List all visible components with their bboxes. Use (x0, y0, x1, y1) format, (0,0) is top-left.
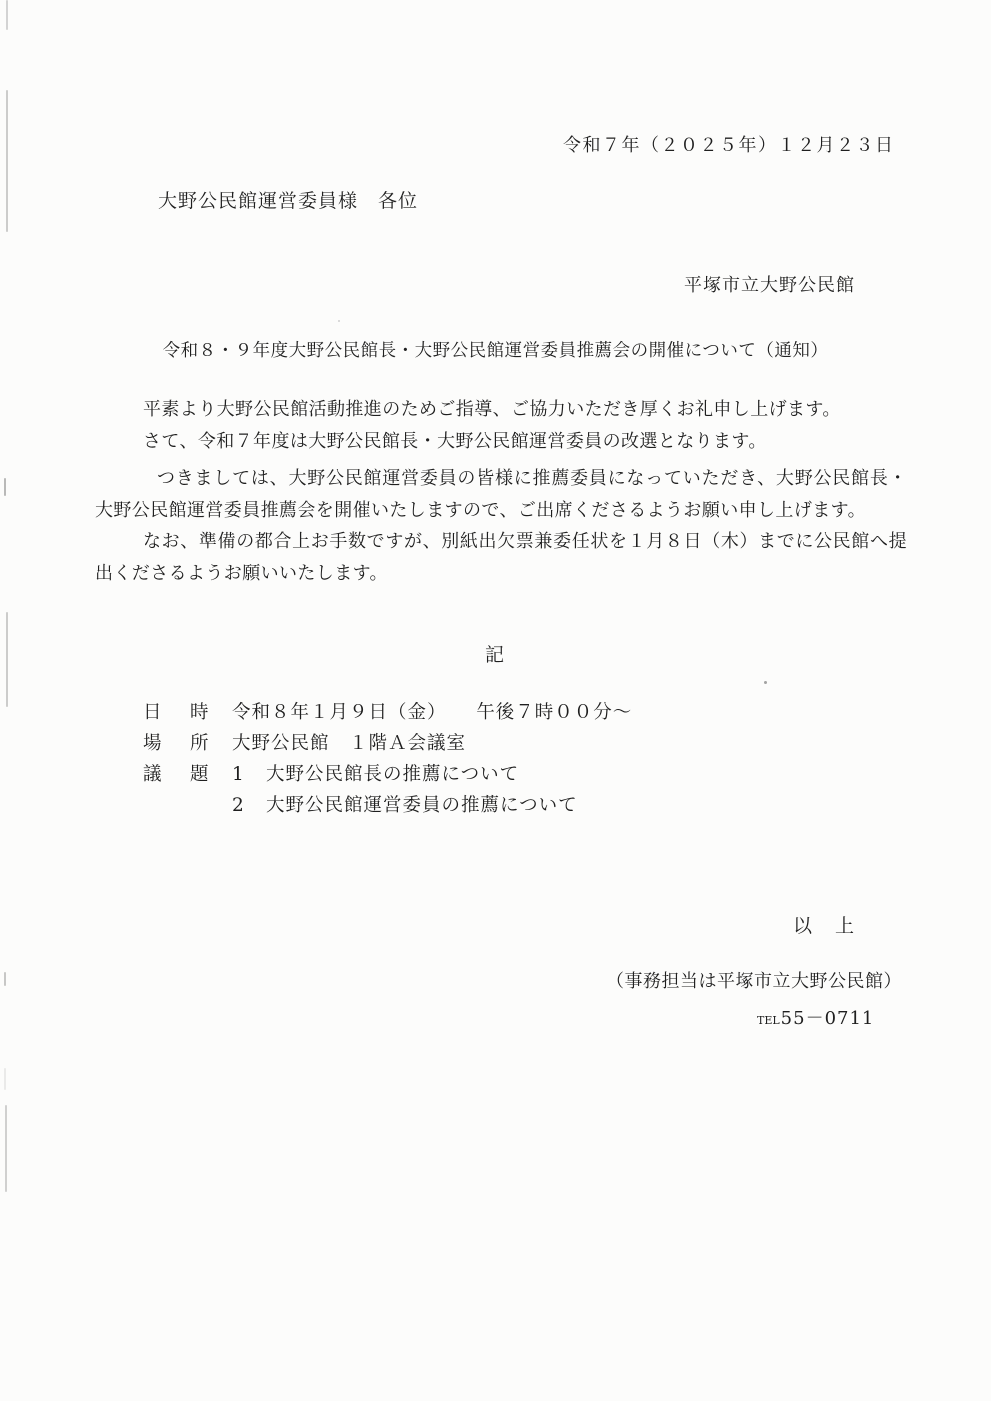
place-value: 大野公民館 １階Ａ会議室 (232, 728, 843, 759)
agenda-item-2-text: 大野公民館運営委員の推薦について (266, 790, 843, 821)
scan-artifact-speck (338, 320, 340, 322)
agenda-item-1-text: 大野公民館長の推薦について (266, 759, 843, 790)
body-paragraph-4: なお、準備の都合上お手数ですが、別紙出欠票兼委任状を１月８日（木）までに公民館へ… (95, 526, 907, 589)
body-text: 平素より大野公民館活動推進のためご指導、ご協力いただき厚くお礼申し上げます。 さ… (95, 394, 907, 589)
scan-artifact-line (6, 0, 8, 30)
sender: 平塚市立大野公民館 (684, 271, 855, 297)
phone-number: TEL55－0711 (757, 1004, 874, 1030)
agenda-label-spacer (143, 790, 232, 821)
scan-artifact-line (4, 972, 6, 986)
place-label: 場 所 (143, 728, 232, 759)
body-paragraph-1: 平素より大野公民館活動推進のためご指導、ご協力いただき厚くお礼申し上げます。 (95, 394, 907, 426)
tel-icon: TEL (757, 1014, 780, 1027)
document-date: 令和７年（２０２５年）１２月２３日 (563, 131, 895, 157)
body-paragraph-3: つきましては、大野公民館運営委員の皆様に推薦委員になっていただき、大野公民館長・… (95, 463, 907, 526)
agenda-item-2-number: 2 (232, 790, 266, 821)
agenda-label: 議 題 (143, 759, 232, 790)
record-marker: 記 (0, 640, 991, 667)
body-paragraph-2: さて、令和７年度は大野公民館長・大野公民館運営委員の改選となります。 (95, 426, 907, 458)
phone-digits: 55－0711 (781, 1008, 875, 1029)
scan-artifact-line (4, 478, 6, 496)
scan-artifact-speck (764, 681, 767, 684)
scan-artifact-line (5, 1105, 7, 1192)
datetime-label: 日 時 (143, 697, 232, 728)
addressee: 大野公民館運営委員様 各位 (158, 186, 418, 213)
scan-artifact-line (6, 90, 8, 232)
closing-mark: 以 上 (793, 911, 856, 938)
document-title: 令和８・９年度大野公民館長・大野公民館運営委員推薦会の開催について（通知） (0, 337, 991, 362)
scanned-notice-page: 令和７年（２０２５年）１２月２３日 大野公民館運営委員様 各位 平塚市立大野公民… (0, 0, 991, 1401)
scan-artifact-line (4, 1068, 6, 1090)
datetime-value: 令和８年１月９日（金） 午後７時００分～ (232, 697, 843, 728)
contact-note: （事務担当は平塚市立大野公民館） (606, 967, 902, 993)
agenda-item-1-number: 1 (232, 759, 266, 790)
meeting-details: 日 時 令和８年１月９日（金） 午後７時００分～ 場 所 大野公民館 １階Ａ会議… (143, 697, 843, 821)
